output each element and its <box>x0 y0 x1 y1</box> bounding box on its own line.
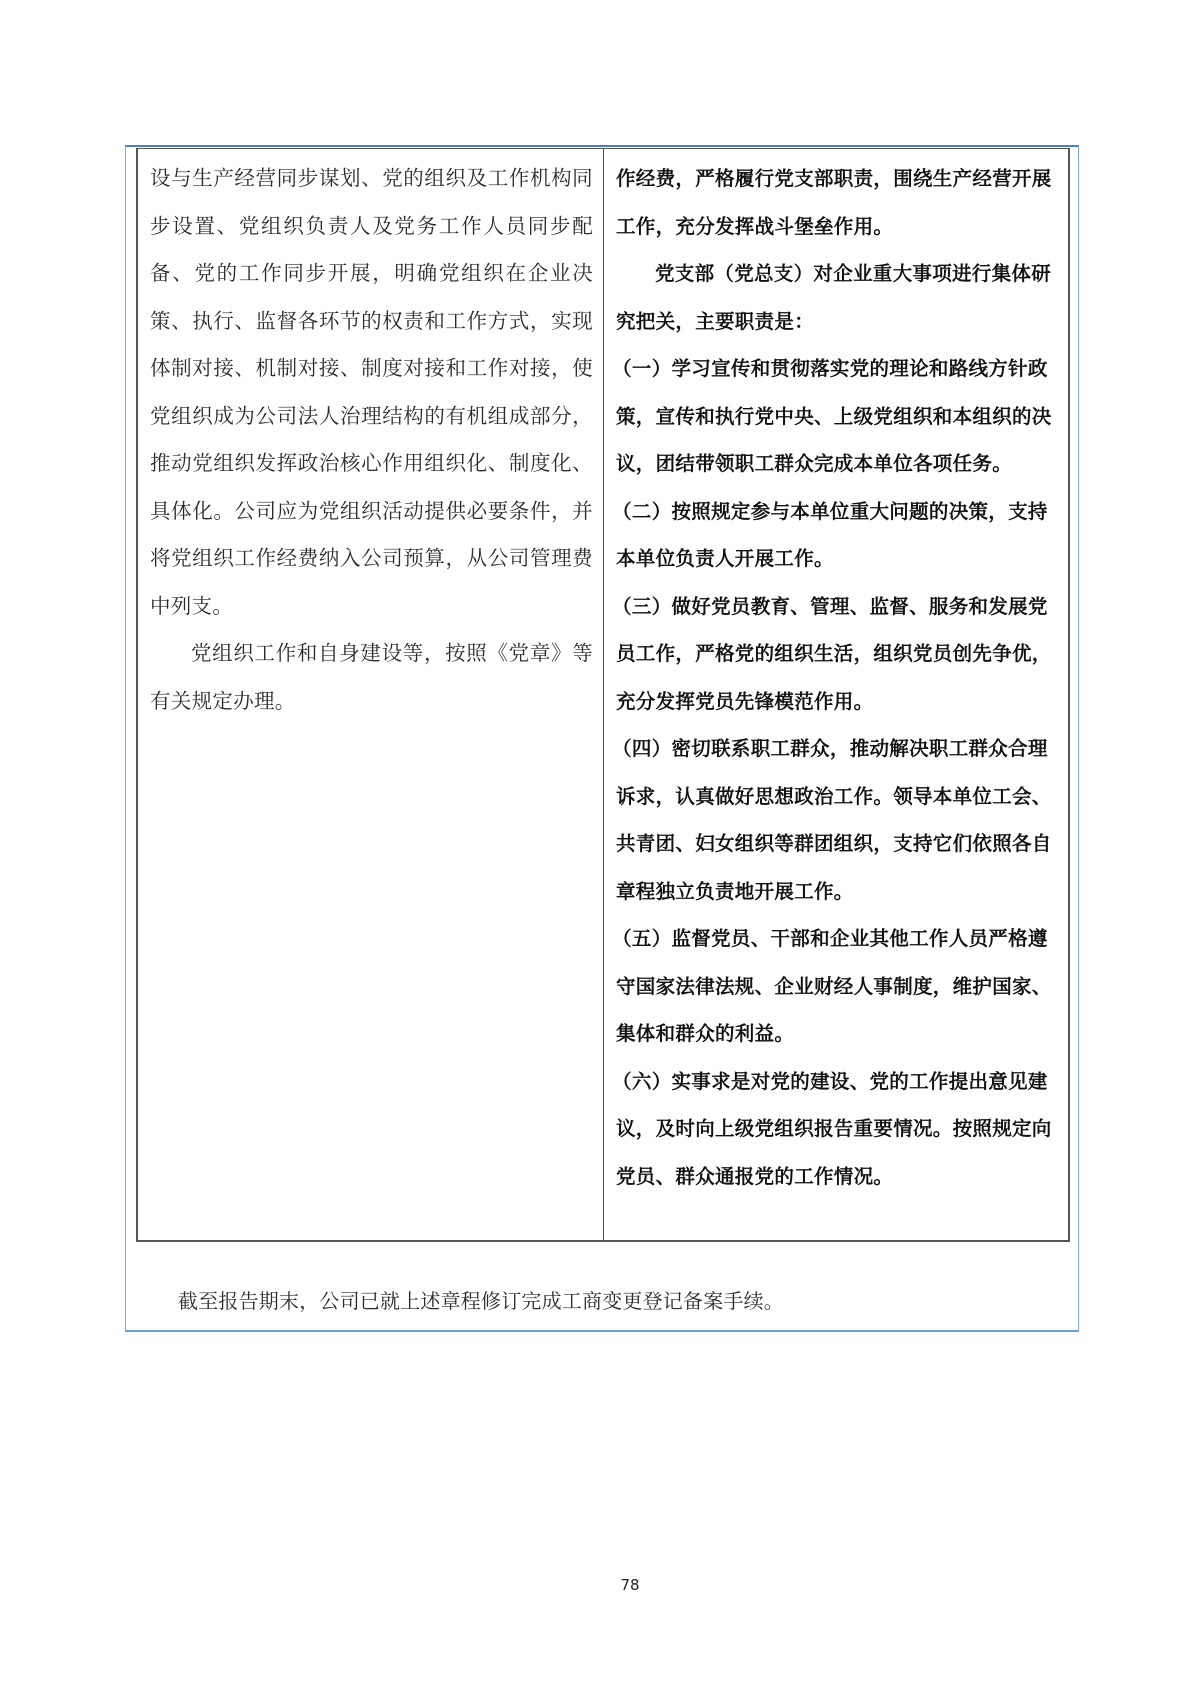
duty-item-1: （一）学习宣传和贯彻落实党的理论和路线方针政策，宣传和执行党中央、上级党组织和本… <box>616 345 1058 488</box>
left-paragraph: 党组织工作和自身建设等，按照《党章》等有关规定办理。 <box>150 630 593 725</box>
footer-note: 截至报告期末，公司已就上述章程修订完成工商变更登记备案手续。 <box>178 1285 784 1314</box>
page-number: 78 <box>0 1576 1200 1594</box>
duty-item-6: （六）实事求是对党的建设、党的工作提出意见建议，及时向上级党组织报告重要情况。按… <box>616 1058 1058 1201</box>
articles-comparison-table: 设与生产经营同步谋划、党的组织及工作机构同步设置、党组织负责人及党务工作人员同步… <box>136 148 1070 1242</box>
duty-item-5: （五）监督党员、干部和企业其他工作人员严格遵守国家法律法规、企业财经人事制度，维… <box>616 915 1058 1058</box>
duty-item-3: （三）做好党员教育、管理、监督、服务和发展党员工作，严格党的组织生活，组织党员创… <box>616 583 1058 726</box>
table-column-left: 设与生产经营同步谋划、党的组织及工作机构同步设置、党组织负责人及党务工作人员同步… <box>138 149 604 1240</box>
document-page: 设与生产经营同步谋划、党的组织及工作机构同步设置、党组织负责人及党务工作人员同步… <box>0 0 1200 1696</box>
right-paragraph: 作经费，严格履行党支部职责，围绕生产经营开展工作，充分发挥战斗堡垒作用。 <box>616 155 1058 250</box>
right-paragraph: 党支部（党总支）对企业重大事项进行集体研究把关，主要职责是： <box>616 250 1058 345</box>
table-column-right: 作经费，严格履行党支部职责，围绕生产经营开展工作，充分发挥战斗堡垒作用。 党支部… <box>604 149 1068 1240</box>
duty-item-2: （二）按照规定参与本单位重大问题的决策，支持本单位负责人开展工作。 <box>616 488 1058 583</box>
duty-item-4: （四）密切联系职工群众，推动解决职工群众合理诉求，认真做好思想政治工作。领导本单… <box>616 725 1058 915</box>
left-paragraph: 设与生产经营同步谋划、党的组织及工作机构同步设置、党组织负责人及党务工作人员同步… <box>150 155 593 630</box>
